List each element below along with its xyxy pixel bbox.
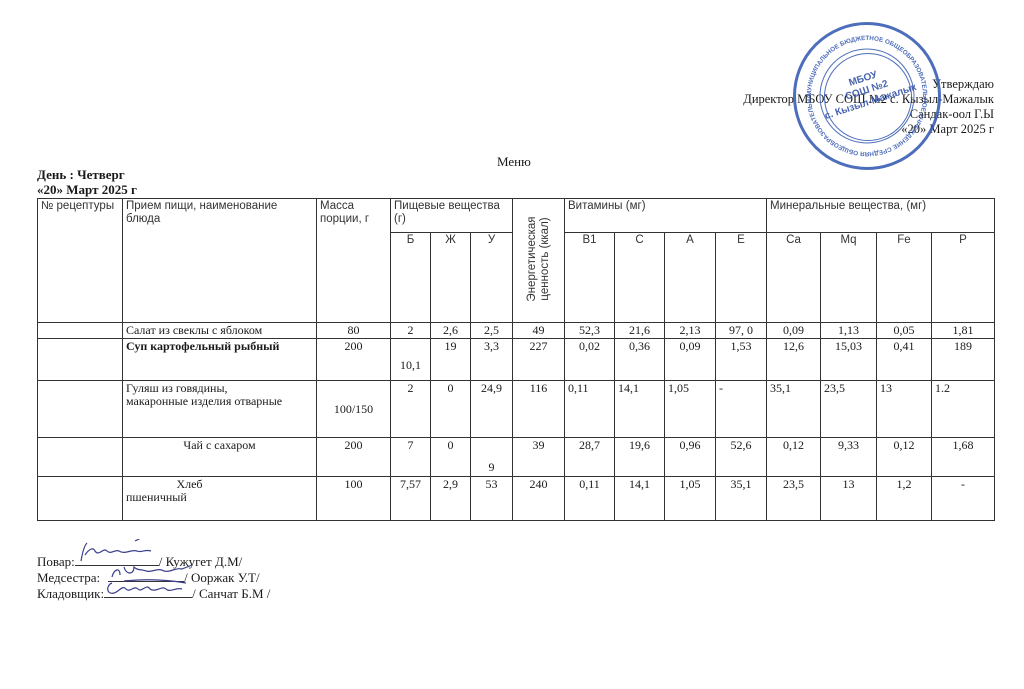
cell-zh: 2,9	[431, 477, 471, 521]
cell-e: -	[716, 381, 767, 438]
cell-mq: 13	[821, 477, 877, 521]
official-stamp: МУНИЦИПАЛЬНОЕ БЮДЖЕТНОЕ ОБЩЕОБРАЗОВАТЕЛЬ…	[793, 22, 941, 170]
cell-name: Суп картофельный рыбный	[123, 339, 317, 381]
cell-b: 2	[391, 323, 431, 339]
header-vitamins: Витамины (мг)	[565, 199, 767, 233]
menu-table: № рецептуры Прием пищи, наименование блю…	[37, 198, 995, 521]
cell-e: 97, 0	[716, 323, 767, 339]
cell-b1: 0,11	[565, 477, 615, 521]
cell-portion: 200	[317, 438, 391, 477]
cell-fe: 1,2	[877, 477, 932, 521]
cell-zh: 0	[431, 438, 471, 477]
cell-kcal: 49	[513, 323, 565, 339]
cell-zh: 2,6	[431, 323, 471, 339]
cell-ca: 23,5	[767, 477, 821, 521]
signature-role: Кладовщик:	[37, 586, 104, 601]
cell-kcal: 240	[513, 477, 565, 521]
cell-name: Чай с сахаром	[123, 438, 317, 477]
date-label: «20» Март 2025 г	[37, 182, 137, 198]
cell-a: 1,05	[665, 477, 716, 521]
cell-p: 189	[932, 339, 995, 381]
cell-fe: 13	[877, 381, 932, 438]
cell-ca: 0,12	[767, 438, 821, 477]
header-portion: Масса порции, г	[317, 199, 391, 323]
cell-portion-value: 100/150	[334, 402, 373, 416]
signatures-block: Повар:/ Кужугет Д.М/ Медсестра:/ Ооржак …	[37, 553, 270, 601]
cell-name: Хлеб пшеничный	[123, 477, 317, 521]
header-nutrients: Пищевые вещества (г)	[391, 199, 513, 233]
cell-kcal: 227	[513, 339, 565, 381]
header-energy-label: Энергетическая ценность (ккал)	[526, 216, 551, 301]
cell-c: 19,6	[615, 438, 665, 477]
header-col-fe: Fe	[877, 233, 932, 323]
cell-recipe	[38, 381, 123, 438]
cell-ca: 0,09	[767, 323, 821, 339]
cell-mq: 15,03	[821, 339, 877, 381]
cell-p: 1,81	[932, 323, 995, 339]
cell-b: 7	[391, 438, 431, 477]
cell-mq: 9,33	[821, 438, 877, 477]
cell-portion: 100/150	[317, 381, 391, 438]
cell-b1: 0,11	[565, 381, 615, 438]
cell-ca: 12,6	[767, 339, 821, 381]
cell-recipe	[38, 438, 123, 477]
cell-b: 7,57	[391, 477, 431, 521]
header-col-p: P	[932, 233, 995, 323]
cell-c: 14,1	[615, 381, 665, 438]
cell-b1: 52,3	[565, 323, 615, 339]
cell-b1: 0,02	[565, 339, 615, 381]
header-col-c: C	[615, 233, 665, 323]
table-row: Чай с сахаром 200 7 0 9 39 28,7 19,6 0,9…	[38, 438, 995, 477]
signature-storekeeper: Кладовщик:/ Санчат Б.М /	[37, 585, 270, 601]
cell-p: 1.2	[932, 381, 995, 438]
cell-e: 35,1	[716, 477, 767, 521]
cell-mq: 23,5	[821, 381, 877, 438]
cell-zh: 0	[431, 381, 471, 438]
table-row: Суп картофельный рыбный 200 10,1 19 3,3 …	[38, 339, 995, 381]
cell-ca: 35,1	[767, 381, 821, 438]
header-energy: Энергетическая ценность (ккал)	[513, 199, 565, 323]
signature-role: Медсестра:	[37, 570, 100, 585]
cell-portion: 100	[317, 477, 391, 521]
signature-scribble	[104, 585, 192, 598]
header-col-b: Б	[391, 233, 431, 323]
cell-u: 9	[471, 438, 513, 477]
day-label: День : Четверг	[37, 167, 125, 183]
table-row: Салат из свеклы с яблоком 80 2 2,6 2,5 4…	[38, 323, 995, 339]
cell-kcal: 39	[513, 438, 565, 477]
cell-u-value: 9	[489, 460, 495, 474]
cell-fe: 0,12	[877, 438, 932, 477]
document-title: Меню	[497, 154, 531, 170]
table-row: Гуляш из говядины, макаронные изделия от…	[38, 381, 995, 438]
header-col-e: E	[716, 233, 767, 323]
header-col-a: A	[665, 233, 716, 323]
header-minerals: Минеральные вещества, (мг)	[767, 199, 995, 233]
cell-name: Салат из свеклы с яблоком	[123, 323, 317, 339]
header-col-ca: Ca	[767, 233, 821, 323]
cell-a: 2,13	[665, 323, 716, 339]
cell-u: 24,9	[471, 381, 513, 438]
header-col-mq: Mq	[821, 233, 877, 323]
cell-b-value: 10,1	[400, 358, 421, 372]
cell-name: Гуляш из говядины, макаронные изделия от…	[123, 381, 317, 438]
cell-u: 2,5	[471, 323, 513, 339]
cell-b1: 28,7	[565, 438, 615, 477]
table-row: Хлеб пшеничный 100 7,57 2,9 53 240 0,11 …	[38, 477, 995, 521]
header-col-u: У	[471, 233, 513, 323]
cell-a: 0,96	[665, 438, 716, 477]
cell-zh: 19	[431, 339, 471, 381]
cell-name-line2: пшеничный	[126, 491, 313, 504]
header-recipe-no: № рецептуры	[38, 199, 123, 323]
cell-fe: 0,41	[877, 339, 932, 381]
cell-c: 0,36	[615, 339, 665, 381]
cell-b: 2	[391, 381, 431, 438]
cell-c: 14,1	[615, 477, 665, 521]
cell-recipe	[38, 477, 123, 521]
cell-fe: 0,05	[877, 323, 932, 339]
cell-e: 1,53	[716, 339, 767, 381]
cell-recipe	[38, 323, 123, 339]
cell-a: 1,05	[665, 381, 716, 438]
cell-u: 53	[471, 477, 513, 521]
header-meal-name: Прием пищи, наименование блюда	[123, 199, 317, 323]
signature-name: / Санчат Б.М /	[192, 586, 270, 601]
cell-portion: 80	[317, 323, 391, 339]
header-col-zh: Ж	[431, 233, 471, 323]
cell-a: 0,09	[665, 339, 716, 381]
cell-e: 52,6	[716, 438, 767, 477]
header-col-b1: B1	[565, 233, 615, 323]
cell-c: 21,6	[615, 323, 665, 339]
cell-mq: 1,13	[821, 323, 877, 339]
cell-recipe	[38, 339, 123, 381]
header-row-1: № рецептуры Прием пищи, наименование блю…	[38, 199, 995, 233]
cell-kcal: 116	[513, 381, 565, 438]
header-energy-text: Энергетическая ценность (ккал)	[526, 203, 552, 315]
cell-b: 10,1	[391, 339, 431, 381]
cell-p: 1,68	[932, 438, 995, 477]
signature-role: Повар:	[37, 554, 75, 569]
cell-u: 3,3	[471, 339, 513, 381]
cell-p: -	[932, 477, 995, 521]
cell-portion: 200	[317, 339, 391, 381]
